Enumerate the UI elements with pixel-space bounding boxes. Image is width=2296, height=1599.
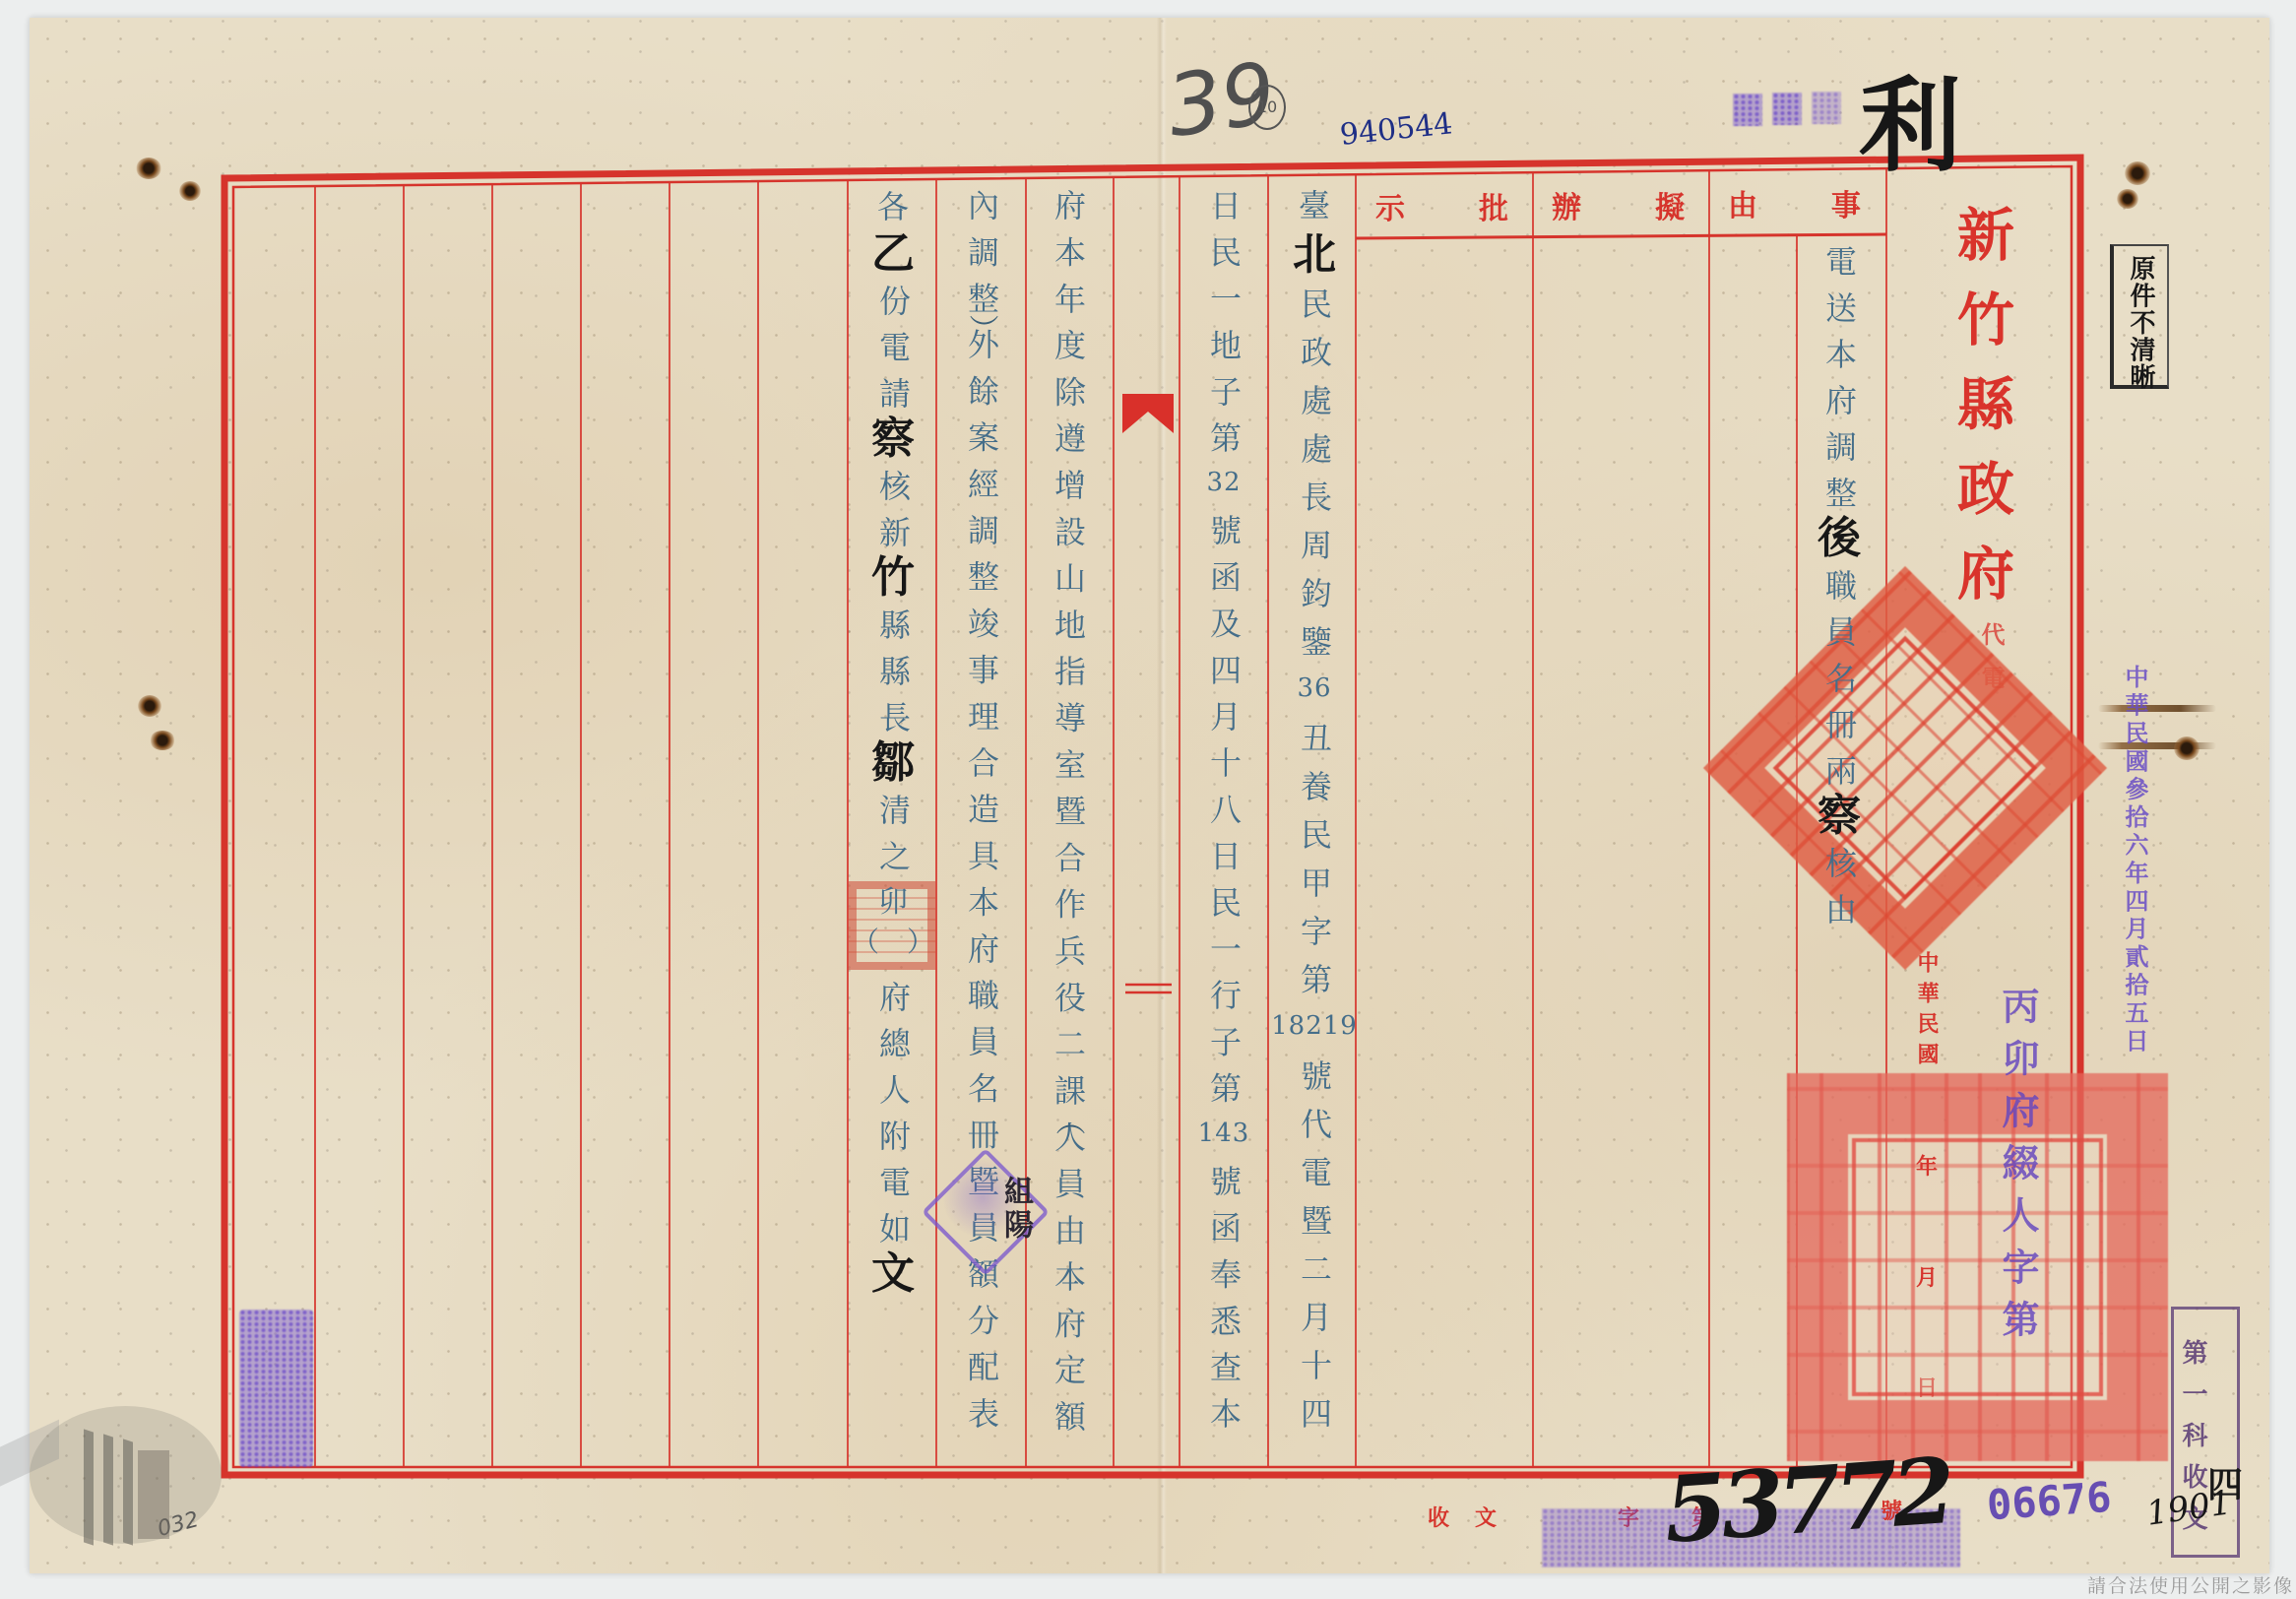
header-matter-char-1: 事 [1831, 192, 1861, 222]
body-handwritten-char: 竹 [849, 554, 937, 601]
logo-book-bar [84, 1429, 94, 1545]
scanned-document-page: 新竹縣政府 代電 事 由 擬 辦 批 示 電送本府調整 後 職員名冊兩 察 核由… [0, 0, 2296, 1599]
header-instruction-char-2: 示 [1375, 195, 1405, 224]
body-text: 號函奉悉查本 [1208, 1157, 1240, 1443]
watermark-notice: 請合法使用公開之影像 [2087, 1571, 2294, 1598]
body-text: 內調整 [966, 181, 997, 328]
date-line-prefix: 中華民國 [1916, 946, 1938, 1073]
body-text: 丑養民甲字第 [1299, 713, 1330, 1011]
dispatch-number-stamp: 丙卯府綴人字第 [1999, 979, 2036, 1352]
handwritten-receipt-number: 53772 [1661, 1438, 1953, 1564]
approval-signature: 組陽 [1000, 1174, 1030, 1243]
purple-stamp-block [1812, 92, 1841, 124]
header-instruction-char-1: 批 [1479, 195, 1508, 224]
body-handwritten-char: 鄒 [849, 739, 937, 786]
received-date-stamp: 中華民國參拾六年四月貳拾五日 [2123, 663, 2146, 1056]
body-number: 36 [1270, 665, 1359, 713]
body-number: 32 [1180, 460, 1268, 506]
body-text: 民政處處長周鈞鑒 [1299, 279, 1330, 673]
official-seal-square [1787, 1073, 2168, 1461]
body-column-1: 臺 北 民政處處長周鈞鑒 36 丑養民甲字第 18219 號代電暨二月十四 [1270, 182, 1359, 1437]
purple-stamp-block [1733, 94, 1762, 126]
body-text: 縣縣長 [877, 601, 909, 747]
matter-handwritten-char: 後 [1795, 515, 1883, 561]
date-line-month: 月 [1916, 1261, 1938, 1292]
body-handwritten-char: 文 [849, 1250, 937, 1297]
note-box-original-unclear: 原件不清晰 [2110, 244, 2169, 389]
matter-handwritten-char: 察 [1795, 793, 1883, 839]
logo-book-bar [103, 1434, 113, 1545]
purple-rectangular-stamp [239, 1310, 313, 1467]
body-handwritten-char: 乙 [849, 230, 937, 277]
logo-book-bar [123, 1439, 133, 1545]
body-handwritten-char: 察 [849, 416, 937, 462]
body-text: 核新 [877, 462, 909, 562]
date-line-year: 年 [1916, 1150, 1938, 1181]
fishtail-marker-icon [1122, 394, 1174, 433]
body-text: 臺 [1270, 182, 1359, 230]
receipt-label-received-1: 收 [1428, 1502, 1449, 1532]
body-column-2: 日民一地子第 32 號函及四月十八日民一行子第 143 號函奉悉查本 [1180, 181, 1268, 1436]
archive-logo-watermark-icon [0, 1406, 226, 1549]
logo-book-block [138, 1450, 169, 1539]
issuer-title: 新竹縣政府 [1952, 191, 2009, 628]
body-text: 號函及四月十八日民一行子第 [1208, 506, 1240, 1118]
body-text: 號代電暨二月十四 [1299, 1051, 1330, 1445]
header-proposed-char-2: 辦 [1552, 194, 1581, 224]
seal-month-code: 卯 [847, 886, 939, 920]
note-box-text: 原件不清晰 [2128, 254, 2153, 390]
receipt-stamp-number: 06676 [1985, 1473, 2113, 1530]
magistrate-small-seal: 卯 （ ） [847, 878, 939, 973]
body-text: 清之 [877, 786, 909, 886]
seal-inner-border [1852, 1138, 2103, 1396]
body-text: 府總人附電如 [877, 973, 909, 1258]
seal-blank-code: （ ） [847, 926, 939, 959]
matter-column: 電送本府調整 後 職員名冊兩 察 核由 [1795, 237, 1883, 931]
body-text: 府本年度除遵增設山地指導室暨合作兵役二課 [1052, 181, 1084, 1120]
body-number: 18219 [1270, 1002, 1359, 1051]
body-text: 日民一地子第 [1208, 181, 1240, 468]
matter-text: 電送本府調整 [1823, 237, 1855, 523]
parenthesis-close: ） [967, 314, 996, 344]
body-number: 143 [1180, 1111, 1268, 1157]
matter-text: 核由 [1823, 839, 1855, 939]
body-handwritten-char: 北 [1270, 230, 1359, 279]
body-text: 外餘案經調整竣事理合造具本府職員名冊暨員額分配表 [966, 321, 997, 1443]
header-proposed-char-1: 擬 [1655, 194, 1685, 224]
body-text: 份電請 [877, 277, 909, 423]
header-matter-char-2: 由 [1728, 192, 1757, 222]
receipt-label-received-2: 文 [1475, 1502, 1497, 1532]
body-column-5: 各 乙 份電請 察 核新 竹 縣縣長 鄒 清之 卯 （ ） 府總人附電如 文 [849, 184, 937, 1297]
body-text: 各 [849, 184, 937, 230]
circled-number: 10 [1248, 85, 1286, 130]
date-line-day: 日 [1916, 1372, 1938, 1402]
body-text: 人員由本府定額 [1052, 1113, 1084, 1446]
purple-stamp-block [1772, 93, 1802, 125]
handwritten-mark-top-right: 利 [1859, 43, 1961, 191]
parenthesis-open: （ [1053, 1106, 1083, 1135]
body-column-3: 府本年度除遵增設山地指導室暨合作兵役二課 （ 人員由本府定額 [1024, 181, 1113, 1439]
matter-text: 職員名冊兩 [1823, 561, 1855, 800]
